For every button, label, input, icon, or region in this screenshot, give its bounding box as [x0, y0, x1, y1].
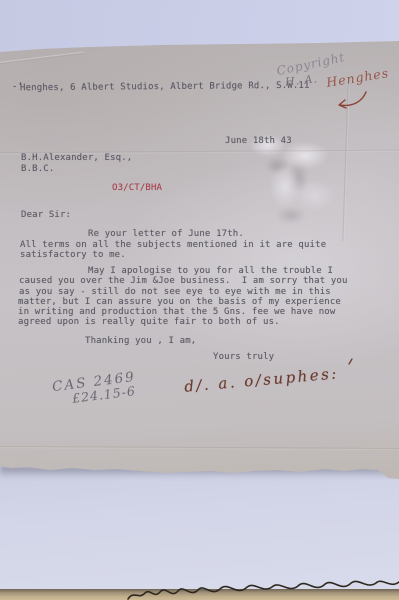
closing-line: Yours truly: [213, 352, 274, 362]
diagonal-crease: [0, 52, 84, 65]
bottom-paper-edge: [0, 589, 399, 600]
letterhead-line: Henghes, 6 Albert Studios, Albert Bridge…: [20, 81, 310, 94]
ink-signature: d/. a. o/suphes:: [184, 364, 340, 395]
body-line: Re your letter of June 17th.: [88, 229, 244, 239]
handwritten-initials: H. A.: [284, 72, 318, 88]
body-line: May I apologise to you for all the troub…: [88, 266, 333, 276]
bottom-crease: [0, 446, 399, 450]
photo-of-letter: -ʻ Henghes, 6 Albert Studios, Albert Bri…: [0, 0, 399, 600]
reference-stamp: O3/CT/BHA: [112, 183, 162, 193]
date-line: June 18th 43: [225, 136, 292, 146]
body-line: Thanking you , I am,: [85, 336, 196, 346]
salutation: Dear Sir:: [21, 210, 71, 220]
body-line: agreed upon is really quite fair to both…: [18, 317, 280, 327]
body-line: matter, but I can assure you on the basi…: [18, 297, 341, 307]
body-line: in writing and production that the 5 Gns…: [18, 307, 335, 317]
recipient-name: B.H.Alexander, Esq.,: [21, 153, 132, 163]
body-line: as you say - still do not see eye to eye…: [19, 287, 331, 297]
body-line: caused you over the Jim &Joe business. I…: [19, 276, 348, 286]
body-line: All terms on all the subjects mentioned …: [20, 240, 326, 250]
handwritten-surname: Henghes: [325, 65, 390, 90]
recipient-org: B.B.C.: [21, 164, 54, 174]
body-line: satisfactory to me.: [20, 250, 126, 260]
